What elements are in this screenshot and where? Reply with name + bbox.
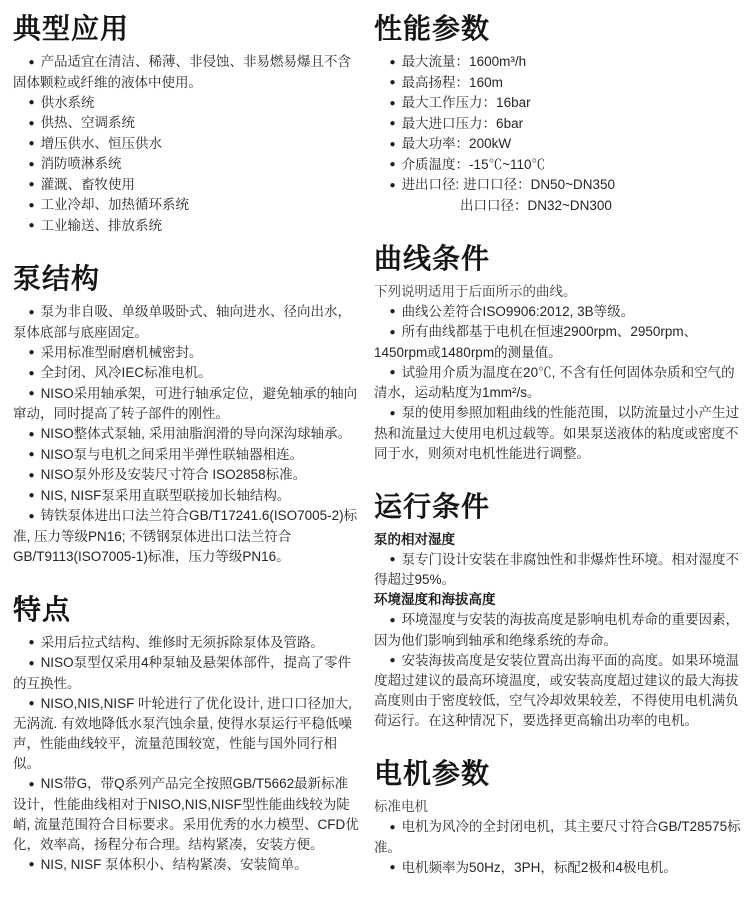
- bullet-item: ●工业冷却、加热循环系统: [13, 195, 360, 216]
- item-text: NISO泵型仅采用4种泵轴及悬架体部件，提高了零件的互换性。: [13, 655, 351, 691]
- bullet-item: ●采用后拉式结构、维修时无须拆除泵体及管路。: [13, 633, 360, 654]
- bullet-item: ●NIS, NISF 泵体积小、结构紧凑、安装简单。: [13, 855, 360, 876]
- item-text: 工业输送、排放系统: [41, 218, 163, 233]
- item-text: 泵专门设计安装在非腐蚀性和非爆炸性环境。相对湿度不得超过95%。: [374, 552, 739, 588]
- bullet-item: ●供热、空调系统: [13, 113, 360, 134]
- bullet-icon: ●: [29, 307, 35, 318]
- section-heading-curve-conditions: 曲线条件: [374, 242, 742, 276]
- bullet-icon: ●: [29, 118, 35, 129]
- section-typical-applications: 典型应用●产品适宜在清洁、稀薄、非侵蚀、非易燃易爆且不含固体颗粒或纤维的液体中使…: [13, 12, 360, 236]
- item-text: 环境湿度与安装的海拔高度是影响电机寿命的重要因素，因为他们影响到轴承和绝缘系统的…: [374, 612, 739, 648]
- bullet-icon: ●: [29, 97, 35, 108]
- bullet-icon: ●: [29, 368, 35, 379]
- item-text: 标准电机: [374, 799, 428, 814]
- left-column: 典型应用●产品适宜在清洁、稀薄、非侵蚀、非易燃易爆且不含固体颗粒或纤维的液体中使…: [13, 12, 360, 900]
- bullet-icon: ●: [390, 655, 396, 666]
- text-line: 下列说明适用于后面所示的曲线。: [374, 282, 742, 302]
- section-features: 特点●采用后拉式结构、维修时无须拆除泵体及管路。●NISO泵型仅采用4种泵轴及悬…: [13, 593, 360, 876]
- bullet-item: ●曲线公差符合ISO9906:2012, 3B等级。: [374, 302, 742, 323]
- item-text: 供水系统: [41, 95, 95, 110]
- bullet-icon: ●: [390, 139, 396, 150]
- item-text: NIS, NISF泵采用直联型联接加长轴结构。: [41, 488, 291, 503]
- bullet-icon: ●: [390, 615, 396, 626]
- bullet-icon: ●: [29, 658, 35, 669]
- bullet-item: ●泵为非自吸、单级单吸卧式、轴向进水、径向出水，泵体底部与底座固定。: [13, 302, 360, 343]
- bullet-icon: ●: [390, 554, 396, 565]
- item-text: 电机为风冷的全封闭电机，其主要尺寸符合GB/T28575标准。: [374, 819, 741, 855]
- bullet-icon: ●: [390, 159, 396, 170]
- bullet-item: ●供水系统: [13, 93, 360, 114]
- item-text: 出口口径：DN32~DN300: [460, 198, 612, 213]
- bullet-icon: ●: [390, 180, 396, 191]
- bullet-item: ●试验用介质为温度在20℃, 不含有任何固体杂质和空气的清水，运动粘度为1mm²…: [374, 363, 742, 404]
- bullet-item: ●NISO泵外形及安装尺寸符合 ISO2858标准。: [13, 465, 360, 486]
- bullet-icon: ●: [390, 118, 396, 129]
- item-text: 安装海拔高度是安装位置高出海平面的高度。如果环境温度超过建议的最高环境温度，或安…: [374, 653, 739, 729]
- bullet-icon: ●: [29, 220, 35, 231]
- item-text: 环境湿度和海拔高度: [374, 592, 496, 607]
- bullet-icon: ●: [390, 77, 396, 88]
- bullet-item: ●NISO采用轴承架，可进行轴承定位，避免轴承的轴向窜动，同时提高了转子部件的刚…: [13, 384, 360, 425]
- bullet-item: ●最大流量：1600m³/h: [374, 52, 742, 73]
- item-text: 试验用介质为温度在20℃, 不含有任何固体杂质和空气的清水，运动粘度为1mm²/…: [374, 365, 735, 401]
- bullet-item: ●进出口径: 进口口径：DN50~DN350: [374, 175, 742, 196]
- bullet-item: ●电机频率为50Hz，3PH，标配2极和4极电机。: [374, 858, 742, 879]
- item-text: 最大流量：1600m³/h: [402, 54, 527, 69]
- bullet-item: ●最高扬程：160m: [374, 73, 742, 94]
- bullet-icon: ●: [29, 429, 35, 440]
- bullet-icon: ●: [29, 179, 35, 190]
- bullet-icon: ●: [29, 347, 35, 358]
- bullet-item: ●泵的使用参照加粗曲线的性能范围，以防流量过小产生过热和流量过大使用电机过载等。…: [374, 403, 742, 464]
- item-text: 介质温度：-15℃~110℃: [402, 157, 545, 172]
- bullet-item: ●全封闭、风冷IEC标准电机。: [13, 363, 360, 384]
- bullet-icon: ●: [390, 327, 396, 338]
- item-text: NISO整体式泵轴, 采用油脂润滑的导向深沟球轴承。: [41, 426, 352, 441]
- bullet-item: ●所有曲线都基于电机在恒速2900rpm、2950rpm、1450rpm或148…: [374, 322, 742, 363]
- bullet-item: ●NISO泵与电机之间采用半弹性联轴器相连。: [13, 445, 360, 466]
- item-text: 全封闭、风冷IEC标准电机。: [41, 365, 212, 380]
- item-text: 曲线公差符合ISO9906:2012, 3B等级。: [402, 304, 635, 319]
- section-pump-structure: 泵结构●泵为非自吸、单级单吸卧式、轴向进水、径向出水，泵体底部与底座固定。●采用…: [13, 262, 360, 567]
- item-text: 灌溉、畜牧使用: [41, 177, 136, 192]
- item-text: 泵为非自吸、单级单吸卧式、轴向进水、径向出水，泵体底部与底座固定。: [13, 304, 351, 340]
- bullet-icon: ●: [29, 698, 35, 709]
- bullet-item: ●电机为风冷的全封闭电机，其主要尺寸符合GB/T28575标准。: [374, 817, 742, 858]
- bullet-item: ●NISO泵型仅采用4种泵轴及悬架体部件，提高了零件的互换性。: [13, 653, 360, 694]
- item-text: 铸铁泵体进出口法兰符合GB/T17241.6(ISO7005-2)标准, 压力等…: [13, 508, 357, 564]
- bullet-icon: ●: [29, 511, 35, 522]
- item-text: 供热、空调系统: [41, 115, 136, 130]
- bullet-icon: ●: [390, 367, 396, 378]
- bullet-icon: ●: [29, 490, 35, 501]
- bullet-icon: ●: [29, 449, 35, 460]
- item-text: 进出口径: 进口口径：DN50~DN350: [402, 177, 615, 192]
- bullet-icon: ●: [29, 138, 35, 149]
- item-text: 最大功率：200kW: [402, 136, 512, 151]
- bullet-item: ●NISO,NIS,NISF 叶轮进行了优化设计, 进口口径加大, 无涡流. 有…: [13, 694, 360, 775]
- section-operating-conditions: 运行条件泵的相对湿度●泵专门设计安装在非腐蚀性和非爆炸性环境。相对湿度不得超过9…: [374, 490, 742, 732]
- sub-heading: 环境湿度和海拔高度: [374, 590, 742, 610]
- item-text: NIS, NISF 泵体积小、结构紧凑、安装简单。: [41, 857, 308, 872]
- sub-heading: 泵的相对湿度: [374, 530, 742, 550]
- item-text: 最高扬程：160m: [402, 75, 503, 90]
- bullet-item: ●介质温度：-15℃~110℃: [374, 155, 742, 176]
- bullet-item: ●最大进口压力：6bar: [374, 114, 742, 135]
- bullet-icon: ●: [29, 470, 35, 481]
- item-text: NISO采用轴承架，可进行轴承定位，避免轴承的轴向窜动，同时提高了转子部件的刚性…: [13, 386, 357, 422]
- bullet-item: ●安装海拔高度是安装位置高出海平面的高度。如果环境温度超过建议的最高环境温度，或…: [374, 651, 742, 732]
- item-text: 所有曲线都基于电机在恒速2900rpm、2950rpm、1450rpm或1480…: [374, 324, 697, 360]
- bullet-item: ●环境湿度与安装的海拔高度是影响电机寿命的重要因素，因为他们影响到轴承和绝缘系统…: [374, 610, 742, 651]
- bullet-item: ●采用标准型耐磨机械密封。: [13, 343, 360, 364]
- bullet-icon: ●: [390, 57, 396, 68]
- item-text: 最大进口压力：6bar: [402, 116, 524, 131]
- datasheet-page: 典型应用●产品适宜在清洁、稀薄、非侵蚀、非易燃易爆且不含固体颗粒或纤维的液体中使…: [0, 0, 750, 900]
- bullet-item: ●最大工作压力：16bar: [374, 93, 742, 114]
- bullet-icon: ●: [390, 408, 396, 419]
- bullet-item: ●最大功率：200kW: [374, 134, 742, 155]
- bullet-item: ●产品适宜在清洁、稀薄、非侵蚀、非易燃易爆且不含固体颗粒或纤维的液体中使用。: [13, 52, 360, 93]
- item-text: 最大工作压力：16bar: [402, 95, 531, 110]
- section-heading-operating-conditions: 运行条件: [374, 490, 742, 524]
- bullet-item: ●灌溉、畜牧使用: [13, 175, 360, 196]
- bullet-icon: ●: [390, 98, 396, 109]
- section-performance-parameters: 性能参数●最大流量：1600m³/h●最高扬程：160m●最大工作压力：16ba…: [374, 12, 742, 216]
- item-text: 电机频率为50Hz，3PH，标配2极和4极电机。: [402, 860, 677, 875]
- bullet-icon: ●: [390, 862, 396, 873]
- item-text: NISO泵外形及安装尺寸符合 ISO2858标准。: [41, 467, 307, 482]
- bullet-item: ●增压供水、恒压供水: [13, 134, 360, 155]
- item-text: 泵的使用参照加粗曲线的性能范围，以防流量过小产生过热和流量过大使用电机过载等。如…: [374, 405, 739, 461]
- bullet-item: ●消防喷淋系统: [13, 154, 360, 175]
- item-text: 工业冷却、加热循环系统: [41, 197, 190, 212]
- section-motor-parameters: 电机参数标准电机●电机为风冷的全封闭电机，其主要尺寸符合GB/T28575标准。…: [374, 757, 742, 878]
- bullet-icon: ●: [29, 200, 35, 211]
- bullet-icon: ●: [29, 57, 35, 68]
- section-heading-performance-parameters: 性能参数: [374, 12, 742, 46]
- bullet-icon: ●: [29, 859, 35, 870]
- bullet-item: ●泵专门设计安装在非腐蚀性和非爆炸性环境。相对湿度不得超过95%。: [374, 550, 742, 591]
- section-curve-conditions: 曲线条件下列说明适用于后面所示的曲线。●曲线公差符合ISO9906:2012, …: [374, 242, 742, 464]
- bullet-item: ●铸铁泵体进出口法兰符合GB/T17241.6(ISO7005-2)标准, 压力…: [13, 506, 360, 567]
- bullet-icon: ●: [390, 822, 396, 833]
- item-text: NISO泵与电机之间采用半弹性联轴器相连。: [41, 447, 304, 462]
- bullet-item: ●NISO整体式泵轴, 采用油脂润滑的导向深沟球轴承。: [13, 424, 360, 445]
- right-column: 性能参数●最大流量：1600m³/h●最高扬程：160m●最大工作压力：16ba…: [374, 12, 742, 900]
- bullet-icon: ●: [29, 159, 35, 170]
- indented-line: 出口口径：DN32~DN300: [374, 196, 742, 216]
- item-text: 采用标准型耐磨机械密封。: [41, 345, 203, 360]
- bullet-icon: ●: [29, 637, 35, 648]
- section-heading-typical-applications: 典型应用: [13, 12, 360, 46]
- bullet-icon: ●: [29, 779, 35, 790]
- text-line: 标准电机: [374, 797, 742, 817]
- bullet-item: ●NIS, NISF泵采用直联型联接加长轴结构。: [13, 486, 360, 507]
- item-text: 泵的相对湿度: [374, 532, 455, 547]
- section-heading-features: 特点: [13, 593, 360, 627]
- item-text: 下列说明适用于后面所示的曲线。: [374, 284, 577, 299]
- item-text: NIS带G，带Q系列产品完全按照GB/T5662最新标准设计，性能曲线相对于NI…: [13, 776, 359, 852]
- bullet-icon: ●: [390, 306, 396, 317]
- item-text: 产品适宜在清洁、稀薄、非侵蚀、非易燃易爆且不含固体颗粒或纤维的液体中使用。: [13, 54, 351, 90]
- item-text: 采用后拉式结构、维修时无须拆除泵体及管路。: [41, 635, 325, 650]
- bullet-icon: ●: [29, 388, 35, 399]
- item-text: NISO,NIS,NISF 叶轮进行了优化设计, 进口口径加大, 无涡流. 有效…: [13, 696, 352, 772]
- item-text: 增压供水、恒压供水: [41, 136, 163, 151]
- section-heading-motor-parameters: 电机参数: [374, 757, 742, 791]
- bullet-item: ●工业输送、排放系统: [13, 216, 360, 237]
- item-text: 消防喷淋系统: [41, 156, 122, 171]
- section-heading-pump-structure: 泵结构: [13, 262, 360, 296]
- bullet-item: ●NIS带G，带Q系列产品完全按照GB/T5662最新标准设计，性能曲线相对于N…: [13, 774, 360, 855]
